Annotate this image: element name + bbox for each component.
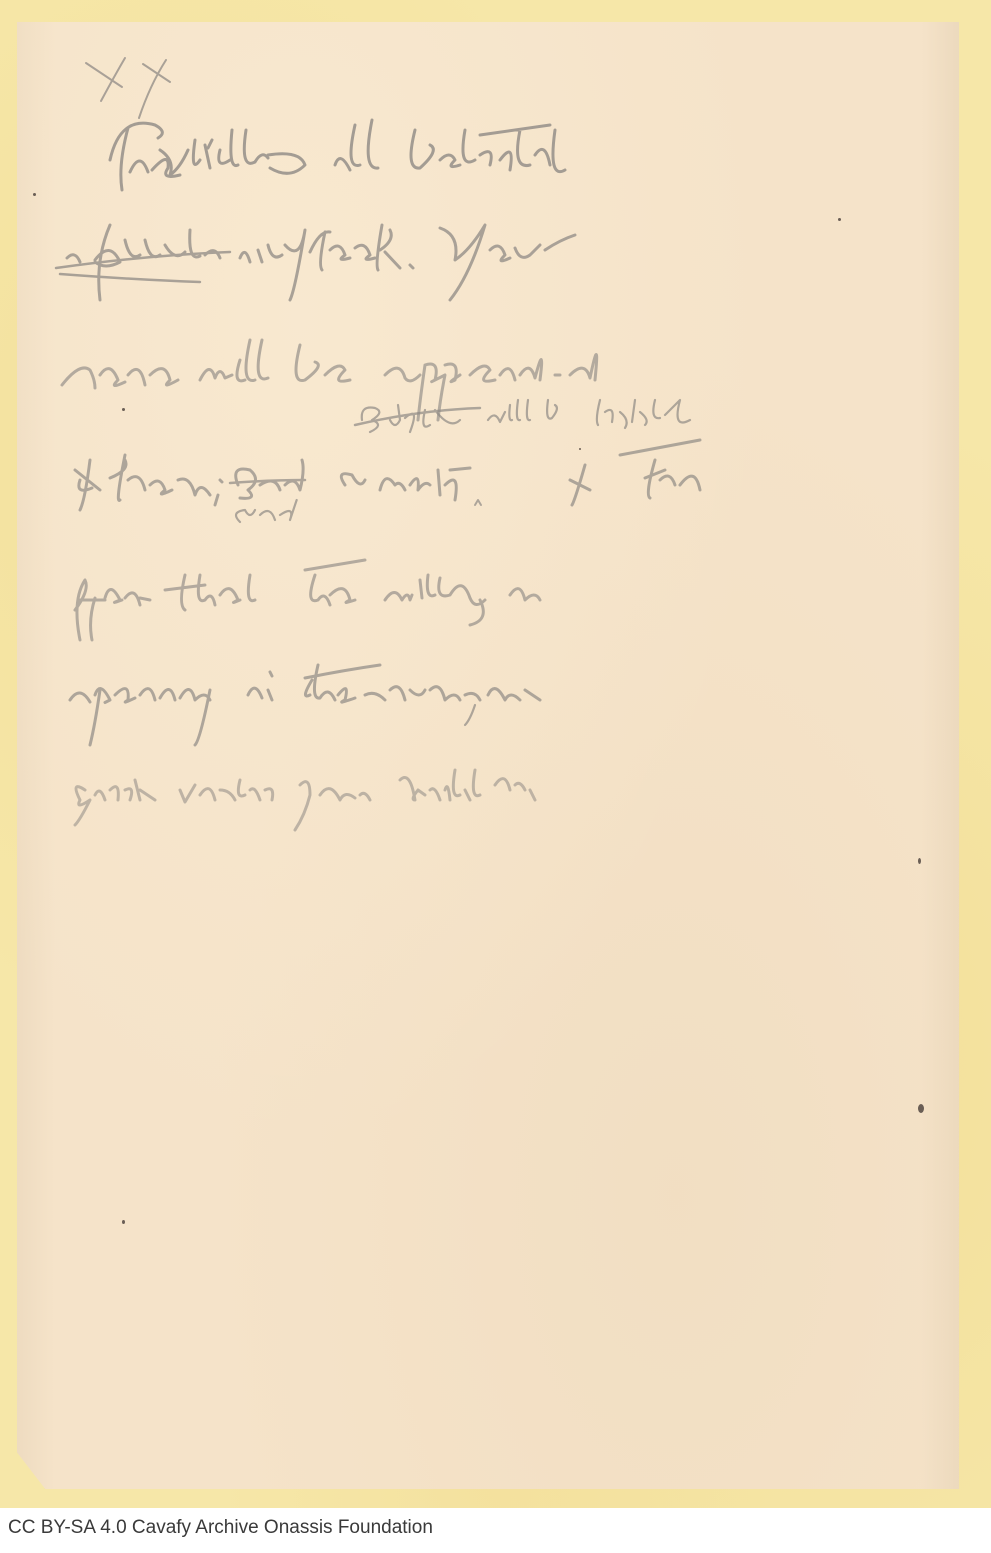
scan-background: XX The articles will be translated [publ… bbox=[0, 0, 991, 1508]
manuscript-page bbox=[17, 22, 959, 1489]
paper-speck bbox=[838, 218, 841, 221]
license-credit: CC BY-SA 4.0 Cavafy Archive Onassis Foun… bbox=[8, 1517, 433, 1539]
paper-speck bbox=[579, 448, 581, 450]
paper-speck bbox=[918, 858, 921, 864]
paper-speck bbox=[122, 408, 125, 411]
paper-speck bbox=[33, 193, 36, 196]
paper-speck bbox=[122, 1220, 125, 1224]
paper-speck bbox=[918, 1104, 924, 1113]
